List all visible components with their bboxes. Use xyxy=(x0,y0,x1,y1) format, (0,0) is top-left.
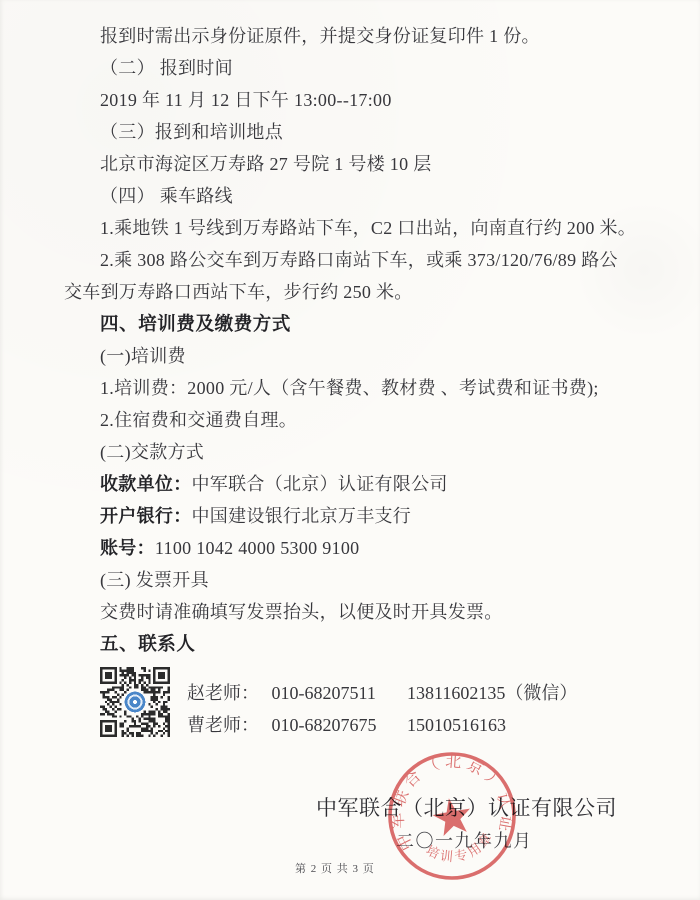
bank-value: 中国建设银行北京万丰支行 xyxy=(192,506,412,526)
training-address: 北京市海淀区万寿路 27 号院 1 号楼 10 层 xyxy=(64,148,650,180)
payee-label: 收款单位： xyxy=(100,474,192,494)
qr-finder-top-left xyxy=(100,667,117,684)
seal-star-icon xyxy=(430,795,474,837)
subheading-routes: （四） 乘车路线 xyxy=(64,180,650,212)
subheading-checkin-time: （二） 报到时间 xyxy=(64,52,650,84)
invoice-note: 交费时请准确填写发票抬头，以便及时开具发票。 xyxy=(64,596,650,628)
route-bus-line2: 交车到万寿路口西站下车，步行约 250 米。 xyxy=(64,276,650,308)
contact-name: 曹老师： xyxy=(187,709,267,741)
account-label: 账号： xyxy=(100,538,155,558)
qr-finder-bottom-left xyxy=(100,720,117,737)
contact-mobile: 15010516163 xyxy=(407,715,506,735)
subheading-invoice: (三) 发票开具 xyxy=(64,564,650,596)
subheading-location: （三）报到和培训地点 xyxy=(64,116,650,148)
contact-mobile: 13811602135（微信） xyxy=(407,683,577,703)
contact-row-zhao: 赵老师： 010-68207511 13811602135（微信） xyxy=(187,677,577,709)
checkin-id-note: 报到时需出示身份证原件，并提交身份证复印件 1 份。 xyxy=(64,20,650,52)
section-heading-fees: 四、培训费及缴费方式 xyxy=(64,308,650,340)
payee-value: 中军联合（北京）认证有限公司 xyxy=(192,474,448,494)
contact-phone: 010-68207675 xyxy=(272,709,403,741)
bank-label: 开户银行： xyxy=(100,506,192,526)
scanned-document-page: 报到时需出示身份证原件，并提交身份证复印件 1 份。 （二） 报到时间 2019… xyxy=(0,0,700,900)
section-heading-contacts: 五、联系人 xyxy=(64,628,650,660)
company-seal-stamp-icon: 中军联合（北京）认证有限公司 培训专用章 xyxy=(371,735,533,897)
account-value: 1100 1042 4000 5300 9100 xyxy=(155,538,360,558)
subheading-payment: (二)交款方式 xyxy=(64,436,650,468)
contact-name: 赵老师： xyxy=(187,677,267,709)
route-bus-line1: 2.乘 308 路公交车到万寿路口南站下车，或乘 373/120/76/89 路… xyxy=(64,244,650,276)
payee-line: 收款单位：中军联合（北京）认证有限公司 xyxy=(64,468,650,500)
document-body: 报到时需出示身份证原件，并提交身份证复印件 1 份。 （二） 报到时间 2019… xyxy=(64,20,650,660)
qr-finder-top-right xyxy=(153,667,170,684)
subheading-fee: (一)培训费 xyxy=(64,340,650,372)
qr-center-logo-icon xyxy=(123,690,147,714)
route-subway: 1.乘地铁 1 号线到万寿路站下车，C2 口出站，向南直行约 200 米。 xyxy=(64,212,650,244)
contact-row-cao: 曹老师： 010-68207675 15010516163 xyxy=(187,709,577,741)
seal-bottom-text: 培训专用章 xyxy=(421,826,500,870)
page-number-indicator: 第 2 页 共 3 页 xyxy=(295,860,375,876)
fee-amount-line: 1.培训费：2000 元/人（含午餐费、教材费 、考试费和证书费); xyxy=(64,372,650,404)
account-line: 账号：1100 1042 4000 5300 9100 xyxy=(64,532,650,564)
contact-list: 赵老师： 010-68207511 13811602135（微信） 曹老师： 0… xyxy=(187,677,577,741)
contact-phone: 010-68207511 xyxy=(272,677,403,709)
checkin-datetime: 2019 年 11 月 12 日下午 13:00--17:00 xyxy=(64,84,650,116)
bank-line: 开户银行：中国建设银行北京万丰支行 xyxy=(64,500,650,532)
fee-self-pay-line: 2.住宿费和交通费自理。 xyxy=(64,404,650,436)
qr-code-icon xyxy=(100,667,170,737)
